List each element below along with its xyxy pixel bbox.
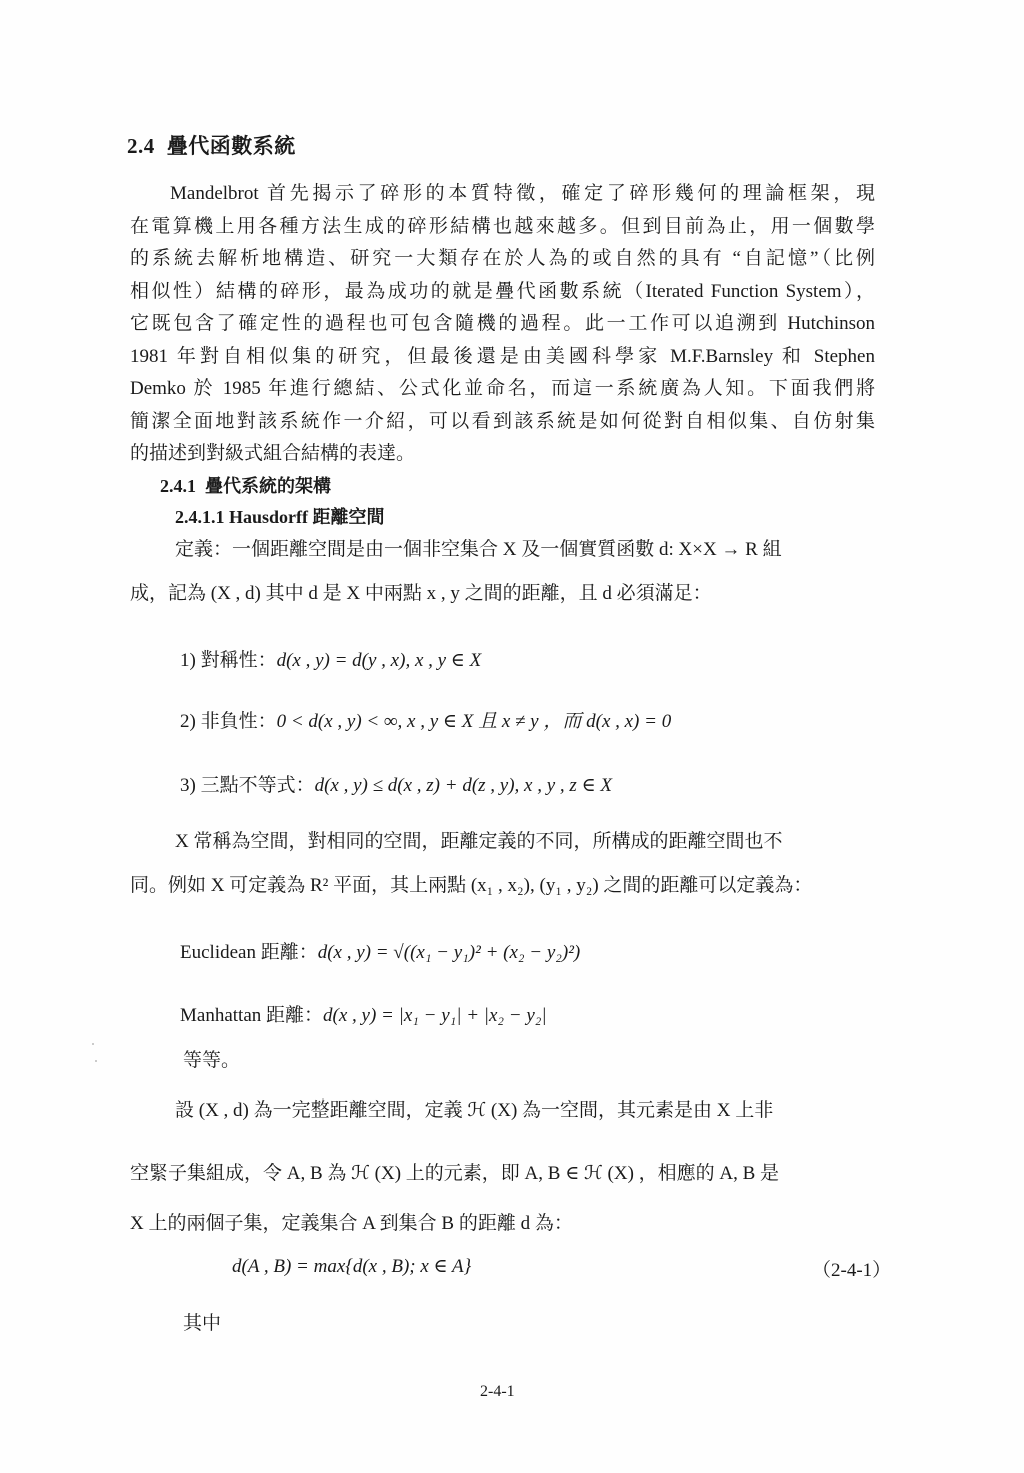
distance-label: Euclidean 距離：	[180, 942, 318, 963]
paragraph-line: 的系統去解析地構造、研究一大類存在於人為的或自然的具有 “自記憶”（比例	[130, 243, 875, 276]
document-page: 2.4疊代函數系統 Mandelbrot 首先揭示了碎形的本質特徵，確定了碎形幾…	[0, 0, 1024, 1473]
etc-text: 等等。	[183, 1045, 240, 1072]
definition-line-2: 成，記為 (X , d) 其中 d 是 X 中兩點 x , y 之間的距離，且 …	[130, 578, 712, 605]
subsection-number: 2.4.1	[160, 476, 196, 496]
property-label: 2) 非負性：	[180, 711, 277, 732]
property-symmetry: 1) 對稱性：d(x , y) = d(y , x), x , y ∈ X	[180, 645, 481, 672]
property-label: 1) 對稱性：	[180, 650, 277, 671]
distance-formula: d(x , y) = √((x₁ − y₁)² + (x₂ − y₂)²)	[318, 942, 581, 963]
section-heading: 2.4疊代函數系統	[127, 130, 296, 160]
equation-formula: d(A , B) = max{d(x , B); x ∈ A}	[232, 1255, 471, 1278]
page-number: 2-4-1	[480, 1383, 515, 1401]
intro-paragraph: Mandelbrot 首先揭示了碎形的本質特徵，確定了碎形幾何的理論框架，現 在…	[130, 178, 875, 471]
subsection-heading: 2.4.1 疊代系統的架構	[160, 472, 331, 498]
hausdorff-definition-line-3: X 上的兩個子集，定義集合 A 到集合 B 的距離 d 為：	[130, 1208, 573, 1235]
property-triangle-inequality: 3) 三點不等式：d(x , y) ≤ d(x , z) + d(z , y),…	[180, 770, 612, 797]
property-formula: d(x , y) ≤ d(x , z) + d(z , y), x , y , …	[315, 775, 612, 796]
paragraph-line: 的描述到對級式組合結構的表達。	[130, 438, 875, 471]
paragraph-line: Demko 於 1985 年進行總結、公式化並命名，而這一系統廣為人知。下面我們…	[130, 373, 875, 406]
definition-line-1: 定義：一個距離空間是由一個非空集合 X 及一個實質函數 d: X×X → R 組	[175, 534, 782, 561]
section-title: 疊代函數系統	[167, 134, 296, 158]
paragraph-line: 在電算機上用各種方法生成的碎形結構也越來越多。但到目前為止，用一個數學	[130, 211, 875, 244]
paragraph-line: 1981 年對自相似集的研究，但最後還是由美國科學家 M.F.Barnsley …	[130, 341, 875, 374]
property-nonnegativity: 2) 非負性：0 < d(x , y) < ∞, x , y ∈ X 且 x ≠…	[180, 706, 671, 733]
distance-formula: d(x , y) = |x₁ − y₁| + |x₂ − y₂|	[323, 1005, 547, 1026]
subsection-title: 疊代系統的架構	[205, 476, 331, 496]
section-number: 2.4	[127, 134, 155, 158]
subsubsection-heading: 2.4.1.1 Hausdorff 距離空間	[175, 503, 385, 529]
manhattan-distance: Manhattan 距離：d(x , y) = |x₁ − y₁| + |x₂ …	[180, 1000, 547, 1027]
property-formula: 0 < d(x , y) < ∞, x , y ∈ X 且 x ≠ y ，而 d…	[277, 711, 672, 732]
scan-speck	[95, 1060, 97, 1062]
paragraph-line: Mandelbrot 首先揭示了碎形的本質特徵，確定了碎形幾何的理論框架，現	[130, 178, 875, 211]
paragraph-line: 它既包含了確定性的過程也可包含隨機的過程。此一工作可以追溯到 Hutchinso…	[130, 308, 875, 341]
paragraph-line: 相似性）結構的碎形，最為成功的就是疊代函數系統（Iterated Functio…	[130, 276, 875, 309]
equation-number: （2-4-1）	[812, 1255, 891, 1282]
space-note-line-1: X 常稱為空間，對相同的空間，距離定義的不同，所構成的距離空間也不	[175, 826, 782, 853]
distance-label: Manhattan 距離：	[180, 1005, 323, 1026]
scan-speck	[92, 1043, 94, 1045]
property-formula: d(x , y) = d(y , x), x , y ∈ X	[277, 650, 482, 671]
subsubsection-number: 2.4.1.1	[175, 507, 225, 527]
space-note-line-2: 同。例如 X 可定義為 R² 平面，其上兩點 (x₁ , x₂), (y₁ , …	[130, 870, 812, 897]
subsubsection-title: Hausdorff 距離空間	[229, 507, 385, 527]
hausdorff-definition-line-2: 空緊子集組成，令 A, B 為 ℋ (X) 上的元素，即 A, B ∈ ℋ (X…	[130, 1158, 779, 1185]
scan-speck	[322, 1098, 324, 1100]
hausdorff-definition-line-1: 設 (X , d) 為一完整距離空間，定義 ℋ (X) 為一空間，其元素是由 X…	[175, 1095, 773, 1122]
where-text: 其中	[183, 1308, 221, 1335]
euclidean-distance: Euclidean 距離：d(x , y) = √((x₁ − y₁)² + (…	[180, 937, 580, 964]
property-label: 3) 三點不等式：	[180, 775, 315, 796]
paragraph-line: 簡潔全面地對該系統作一介紹，可以看到該系統是如何從對自相似集、自仿射集	[130, 406, 875, 439]
